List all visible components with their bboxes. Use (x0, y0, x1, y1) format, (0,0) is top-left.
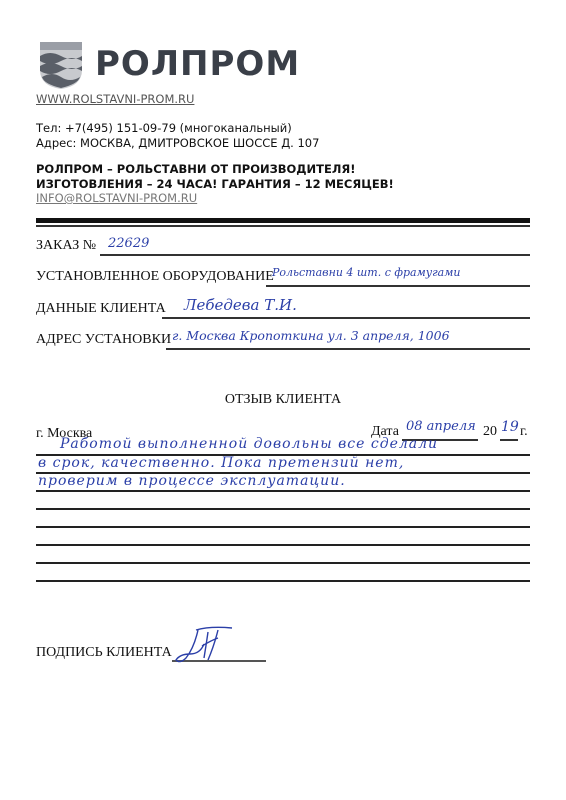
phone-text: Тел: +7(495) 151-09-79 (многоканальный) (36, 121, 292, 135)
order-label: ЗАКАЗ № (36, 238, 96, 254)
header-divider (36, 218, 530, 223)
signature-label: ПОДПИСЬ КЛИЕНТА (36, 645, 172, 661)
equipment-line (266, 285, 530, 287)
wave-shield-icon (38, 40, 84, 90)
signature-mark[interactable] (174, 624, 244, 666)
review-text-line[interactable]: проверим в процессе эксплуатации. (38, 473, 346, 489)
review-line (36, 526, 530, 528)
review-title: ОТЗЫВ КЛИЕНТА (0, 392, 566, 408)
equipment-value[interactable]: Рольставни 4 шт. с фрамугами (272, 266, 460, 279)
slogan-line-2: ИЗГОТОВЛЕНИЯ – 24 ЧАСА! ГАРАНТИЯ – 12 МЕ… (36, 177, 394, 191)
slogan-line-1: РОЛПРОМ – РОЛЬСТАВНИ ОТ ПРОИЗВОДИТЕЛЯ! (36, 162, 356, 176)
website-link[interactable]: WWW.ROLSTAVNI-PROM.RU (36, 92, 194, 106)
address-text: Адрес: МОСКВА, ДМИТРОВСКОЕ ШОССЕ Д. 107 (36, 136, 319, 150)
review-line (36, 562, 530, 564)
order-line (100, 254, 530, 256)
review-line (36, 490, 530, 492)
equipment-label: УСТАНОВЛЕННОЕ ОБОРУДОВАНИЕ (36, 269, 274, 285)
review-line (36, 508, 530, 510)
review-text-line[interactable]: Работой выполненной довольны все сделали (60, 436, 438, 452)
client-label: ДАННЫЕ КЛИЕНТА (36, 301, 166, 317)
review-line (36, 544, 530, 546)
order-value[interactable]: 22629 (108, 236, 149, 251)
date-value[interactable]: 08 апреля (406, 419, 476, 434)
header-divider-thin (36, 225, 530, 227)
address-value[interactable]: г. Москва Кропоткина ул. 3 апреля, 1006 (172, 328, 450, 343)
year-prefix: 20 (483, 424, 497, 440)
year-value[interactable]: 19 (501, 419, 519, 435)
year-line (500, 439, 518, 441)
client-line (162, 317, 530, 319)
email-link[interactable]: INFO@ROLSTAVNI-PROM.RU (36, 191, 197, 205)
review-line (36, 580, 530, 582)
year-suffix: г. (520, 424, 528, 440)
review-text-line[interactable]: в срок, качественно. Пока претензий нет, (38, 455, 404, 471)
client-value[interactable]: Лебедева Т.И. (184, 296, 297, 314)
brand-name: РОЛПРОМ (95, 44, 300, 84)
address-line (166, 348, 530, 350)
address-label: АДРЕС УСТАНОВКИ (36, 332, 171, 348)
